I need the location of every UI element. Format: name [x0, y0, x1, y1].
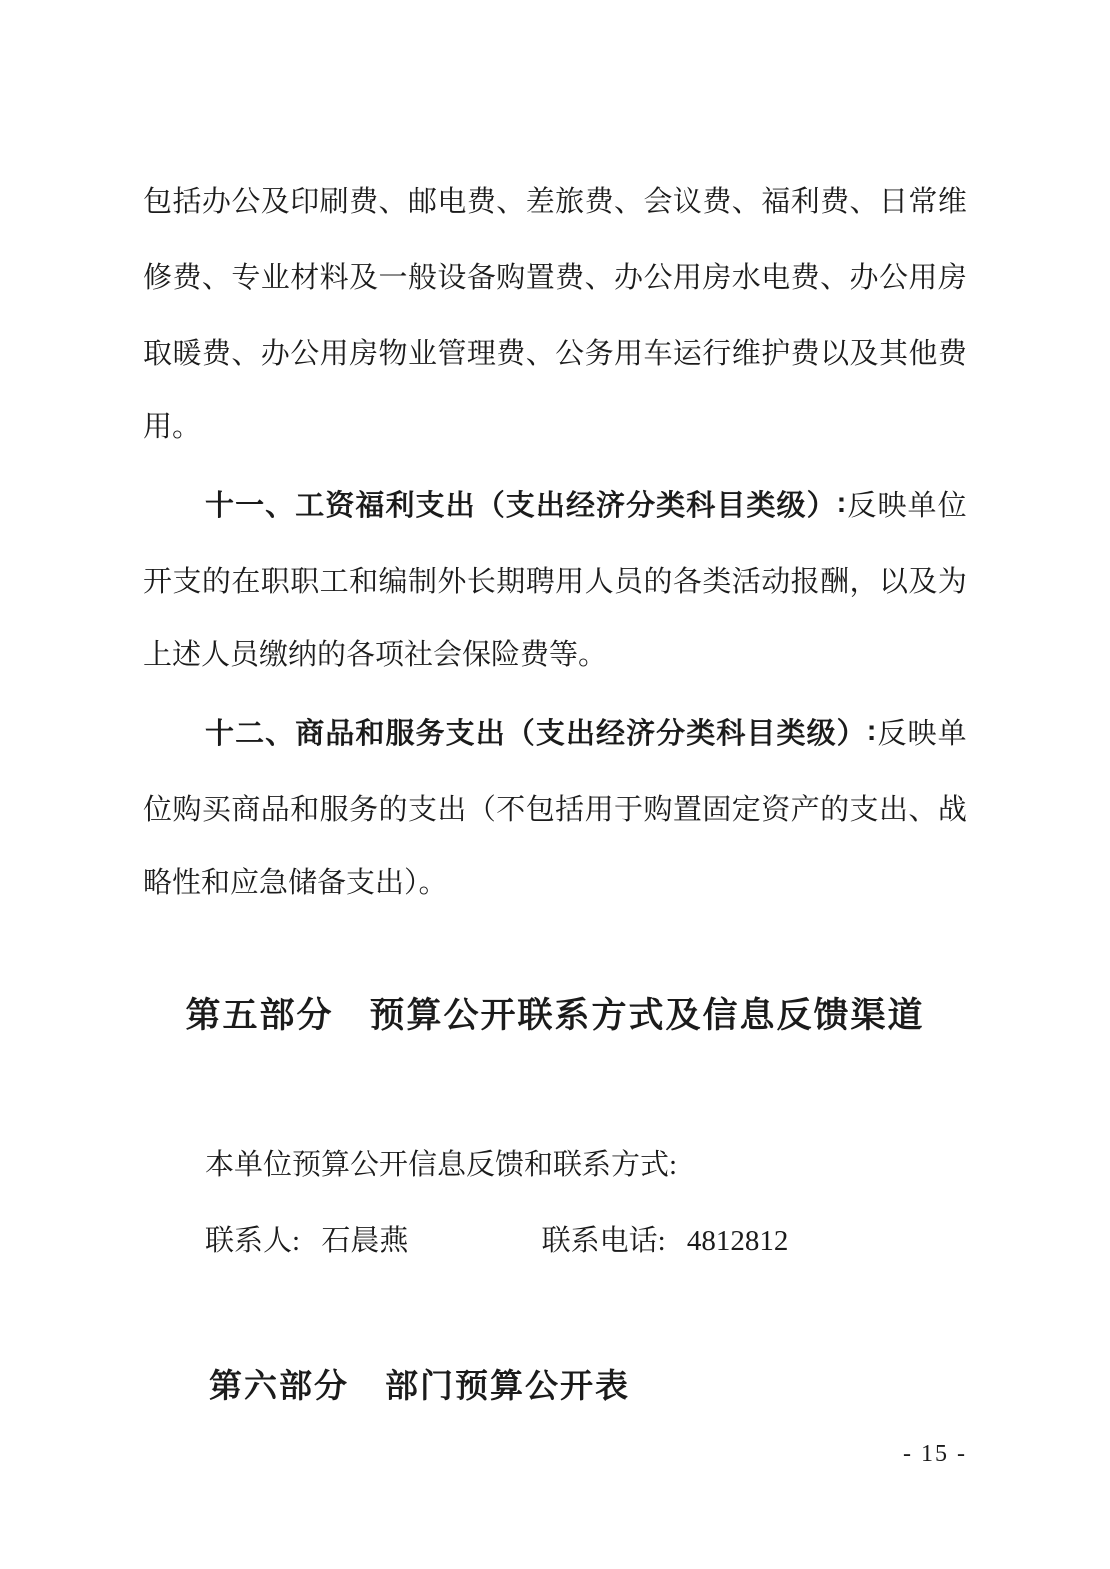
paragraph-line: 包括办公及印刷费、邮电费、差旅费、会议费、福利费、日常维: [143, 161, 967, 237]
section-6-title: 部门预算公开表: [385, 1369, 630, 1405]
contact-person-label: 联系人:: [205, 1225, 300, 1257]
paragraph-line: 开支的在职职工和编制外长期聘用人员的各类活动报酬，以及为: [143, 541, 967, 617]
paragraph-line: 用。: [143, 389, 967, 465]
contact-intro: 本单位预算公开信息反馈和联系方式:: [205, 1149, 677, 1181]
contact-intro-line: 本单位预算公开信息反馈和联系方式:: [143, 1127, 967, 1203]
paragraph-line: 修费、专业材料及一般设备购置费、办公用房水电费、办公用房: [143, 237, 967, 313]
section-5-number: 第五部分: [185, 996, 333, 1035]
paragraph-line: 上述人员缴纳的各项社会保险费等。: [143, 617, 967, 693]
body-text: 上述人员缴纳的各项社会保险费等。: [143, 639, 607, 671]
vertical-spacer: [143, 1279, 967, 1349]
paragraph-line: 十一、工资福利支出（支出经济分类科目类级）: 反映单位: [143, 465, 967, 541]
page-number: - 15 -: [143, 1439, 967, 1469]
paragraph-line: 位购买商品和服务的支出（不包括用于购置固定资产的支出、战: [143, 769, 967, 845]
paragraph-line: 略性和应急储备支出）。: [143, 845, 967, 921]
contact-person-name: 石晨燕: [321, 1225, 408, 1257]
paragraph-line: 十二、商品和服务支出（支出经济分类科目类级）: 反映单: [143, 693, 967, 769]
document-page: 包括办公及印刷费、邮电费、差旅费、会议费、福利费、日常维 修费、专业材料及一般设…: [0, 0, 1110, 1569]
section-6-heading: 第六部分部门预算公开表: [143, 1349, 967, 1425]
contact-phone-number: 4812812: [687, 1225, 789, 1257]
vertical-spacer: [143, 1054, 967, 1127]
section-6-number: 第六部分: [209, 1369, 349, 1405]
paragraph-line: 取暖费、办公用房物业管理费、公务用车运行维护费以及其他费: [143, 313, 967, 389]
contact-phone-label: 联系电话:: [542, 1225, 666, 1257]
section-5-title: 预算公开联系方式及信息反馈渠道: [370, 996, 925, 1035]
vertical-spacer: [143, 921, 967, 978]
page-content: 包括办公及印刷费、邮电费、差旅费、会议费、福利费、日常维 修费、专业材料及一般设…: [0, 0, 1110, 1469]
body-text: 略性和应急储备支出）。: [143, 867, 448, 899]
section-5-heading: 第五部分预算公开联系方式及信息反馈渠道: [143, 978, 967, 1054]
contact-line: 联系人: 石晨燕 联系电话: 4812812: [143, 1203, 967, 1279]
body-text: 用。: [143, 411, 201, 443]
